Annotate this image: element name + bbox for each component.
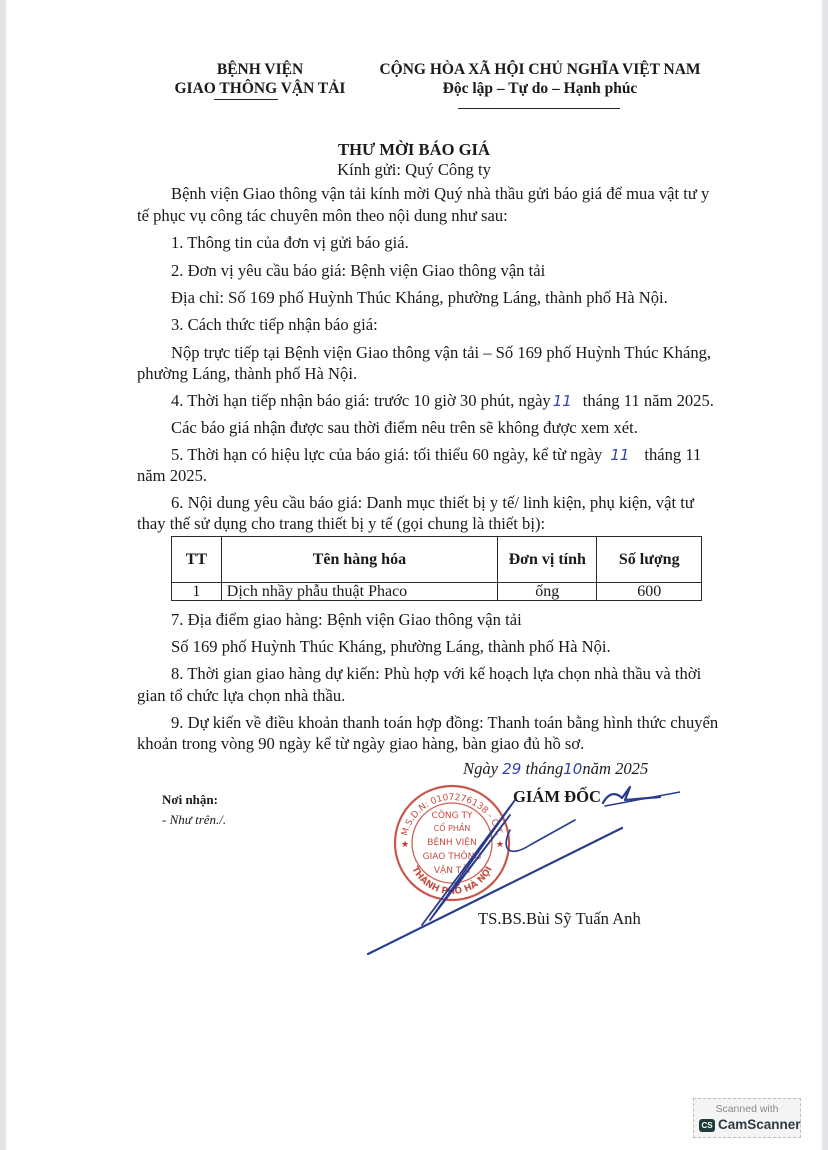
recipients-label: Nơi nhận: [162,792,218,808]
cell-item-name: Dịch nhầy phẫu thuật Phaco [221,583,497,601]
section-5-prefix: 5. Thời hạn có hiệu lực của báo giá: tối… [171,445,602,464]
cell-tt: 1 [172,583,222,601]
camscanner-name: CamScanner [718,1117,801,1132]
table-header-row: TT Tên hàng hóa Đơn vị tính Số lượng [172,537,702,583]
salutation: Kính gửi: Quý Công ty [0,160,828,180]
section-4-prefix: 4. Thời hạn tiếp nhận báo giá: trước 10 … [171,391,551,410]
header-item-name: Tên hàng hóa [221,537,497,583]
intro-line-2: tế phục vụ công tác chuyên môn theo nội … [137,206,508,225]
org-header: BỆNH VIỆN GIAO THÔNG VẬN TẢI [150,60,370,98]
section-9-line-1: 9. Dự kiến về điều khoản thanh toán hợp … [171,713,718,732]
org-line-1: BỆNH VIỆN [150,60,370,79]
nation-line-1: CỘNG HÒA XÃ HỘI CHỦ NGHĨA VIỆT NAM [360,60,720,79]
items-table: TT Tên hàng hóa Đơn vị tính Số lượng 1 D… [171,536,702,601]
section-5: 5. Thời hạn có hiệu lực của báo giá: tối… [171,445,701,465]
section-4-day-handwritten: 11 [551,392,583,411]
recipients-value: - Như trên./. [162,812,226,828]
section-3: 3. Cách thức tiếp nhận báo giá: [171,315,378,334]
section-2: 2. Đơn vị yêu cầu báo giá: Bệnh viện Gia… [171,261,545,280]
section-7-address: Số 169 phố Huỳnh Thúc Kháng, phường Láng… [171,637,611,656]
section-4-suffix: tháng 11 năm 2025. [583,391,714,410]
intro-line-1: Bệnh viện Giao thông vận tải kính mời Qu… [171,184,709,203]
section-2-address: Địa chỉ: Số 169 phố Huỳnh Thúc Kháng, ph… [171,288,668,307]
section-5-suffix: tháng 11 [644,445,701,464]
org-underline [214,99,278,100]
section-3-detail-1: Nộp trực tiếp tại Bệnh viện Giao thông v… [171,343,711,362]
section-5-line-2: năm 2025. [137,466,207,485]
section-6-line-1: 6. Nội dung yêu cầu báo giá: Danh mục th… [171,493,694,512]
camscanner-badge: Scanned with CS CamScanner [693,1098,801,1138]
section-1: 1. Thông tin của đơn vị gửi báo giá. [171,233,409,252]
section-8-line-1: 8. Thời gian giao hàng dự kiến: Phù hợp … [171,664,701,683]
cell-unit: ống [498,583,597,601]
section-9-line-2: khoản trong vòng 90 ngày kể từ ngày giao… [137,734,584,753]
header-tt: TT [172,537,222,583]
table-row: 1 Dịch nhầy phẫu thuật Phaco ống 600 [172,583,702,601]
header-quantity: Số lượng [597,537,702,583]
nation-header: CỘNG HÒA XÃ HỘI CHỦ NGHĨA VIỆT NAM Độc l… [360,60,720,98]
camscanner-logo-icon: CS [699,1119,715,1132]
org-line-2: GIAO THÔNG VẬN TẢI [150,79,370,98]
scanned-with-label: Scanned with [694,1103,800,1115]
section-3-detail-2: phường Láng, thành phố Hà Nội. [137,364,357,383]
section-5-day-handwritten: 11 [602,446,644,465]
cell-quantity: 600 [597,583,702,601]
section-4-note: Các báo giá nhận được sau thời điểm nêu … [171,418,638,437]
section-7: 7. Địa điểm giao hàng: Bệnh viện Giao th… [171,610,522,629]
signature [360,770,680,970]
header-unit: Đơn vị tính [498,537,597,583]
nation-underline [458,108,620,109]
section-6-line-2: thay thế sử dụng cho trang thiết bị y tế… [137,514,545,533]
section-8-line-2: gian tổ chức lựa chọn nhà thầu. [137,686,345,705]
section-4: 4. Thời hạn tiếp nhận báo giá: trước 10 … [171,391,714,411]
document-title: THƯ MỜI BÁO GIÁ [0,140,828,160]
nation-line-2: Độc lập – Tự do – Hạnh phúc [360,79,720,98]
